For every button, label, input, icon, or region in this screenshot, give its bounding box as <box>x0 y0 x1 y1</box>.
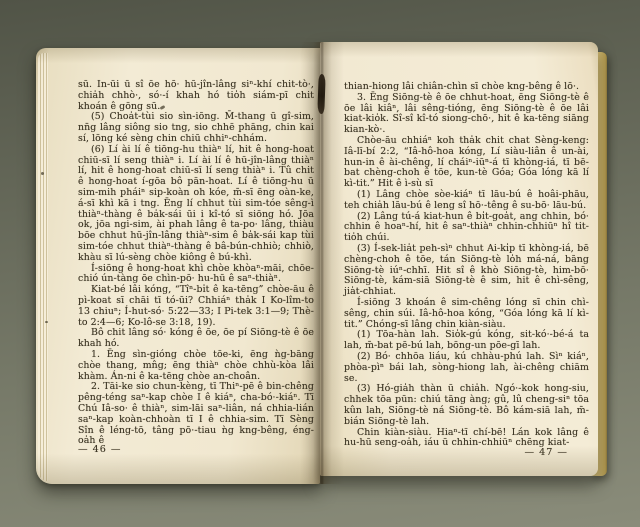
paragraph: (2) Lâng tú-á kiat-hun ê bi̍t-goa̍t, ang… <box>344 212 589 244</box>
paragraph: Chòe-āu chhiáⁿ koh tha̍k chit chat Sèng-… <box>344 136 589 190</box>
right-page: thian-hiong lâi chiân-chìn sī chòe kng-b… <box>320 42 598 476</box>
left-page-text: sū. In-ūi ū sî ōe hō· hū-jîn-lâng siⁿ-kh… <box>78 80 314 447</box>
right-page-text: thian-hiong lâi chiân-chìn sī chòe kng-b… <box>344 82 589 449</box>
left-page: sū. In-ūi ū sî ōe hō· hū-jîn-lâng siⁿ-kh… <box>36 48 320 484</box>
paragraph: (6) Lí ài lí ê tiōng-hu thiàⁿ lí, hit ê … <box>78 145 314 264</box>
paragraph: Í-siōng 3 khoán ê sim-chêng lóng sī chin… <box>344 298 589 330</box>
paragraph: (3) Í-sek-lia̍t peh-sìⁿ chhut Ai-ki̍p tī… <box>344 244 589 298</box>
paragraph: (1) Tōa-hàn lah. Sio̍k-gú kóng, sit-kó·-… <box>344 330 589 352</box>
paragraph: (1) Lâng chòe sòe-kiáⁿ tī lāu-bú ê hoâi-… <box>344 190 589 212</box>
paragraph: Chin kiàn-siàu. Hiaⁿ-tī chí-bē! Lán kok … <box>344 428 589 450</box>
paragraph: sū. In-ūi ū sî ōe hō· hū-jîn-lâng siⁿ-kh… <box>78 80 314 112</box>
photo-background: sū. In-ūi ū sî ōe hō· hū-jîn-lâng siⁿ-kh… <box>0 0 640 527</box>
ink-speck <box>41 172 44 175</box>
paragraph: Kiat-bé lâi kóng, “Tîⁿ-bi̍t ê ka-tēng” c… <box>78 285 314 328</box>
right-page-number: — 47 — <box>525 447 569 458</box>
paragraph: (2) Bó· chhōa liáu, kú chhàu-phú lah. Sì… <box>344 352 589 384</box>
paragraph: Bô chit lâng só· kóng ê ōe, ōe pí Siōng-… <box>78 328 314 350</box>
paragraph: 3. Ēng Siōng-tè ê ōe chhut-hoat, ēng Siō… <box>344 93 589 136</box>
binding-thread-mark <box>317 74 325 114</box>
paragraph: (5) Choa̍t-tùi sio sìn-iōng. M̄-thang ū … <box>78 112 314 144</box>
paragraph: Í-siōng ê hong-hoat khì chòe khòaⁿ-māi, … <box>78 264 314 286</box>
paragraph: 2. Tāi-ke sio chun-kèng, tī Thiⁿ-pē ê bi… <box>78 382 314 447</box>
ink-speck <box>45 321 48 323</box>
left-page-number: — 46 — <box>78 444 122 455</box>
paragraph: 1. Ēng sìn-gióng chòe tōe-ki, ēng ǹg-bān… <box>78 350 314 382</box>
paragraph: (3) Hó-gia̍h thàn ū chia̍h. Ngó·-kok hon… <box>344 384 589 427</box>
open-book: sū. In-ūi ū sî ōe hō· hū-jîn-lâng siⁿ-kh… <box>0 0 640 527</box>
page-stack-edges <box>38 53 48 481</box>
